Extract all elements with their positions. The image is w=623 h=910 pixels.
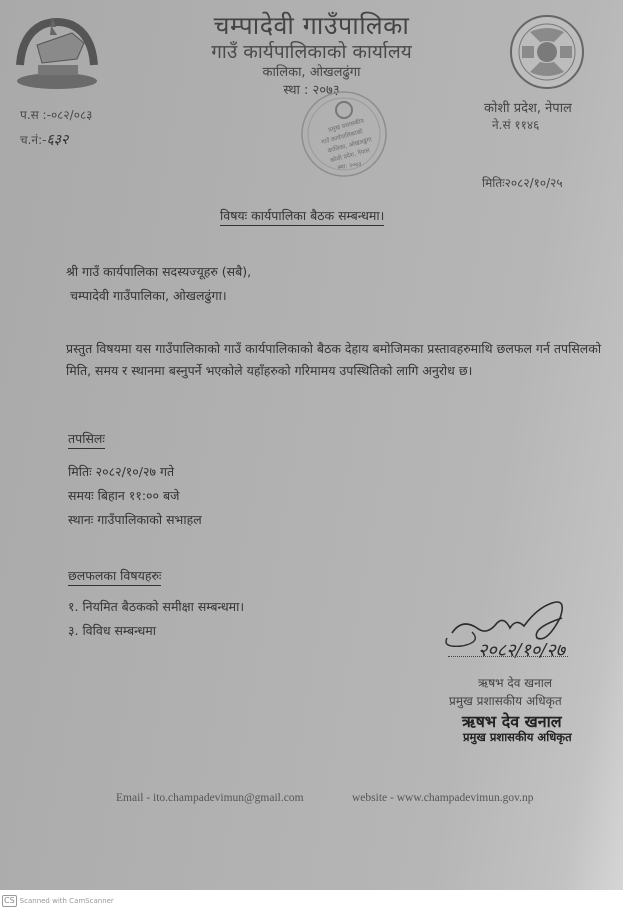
agenda-item: ३. विविध सम्बन्धमा [68, 622, 156, 639]
office-location: कालिका, ओखलढुंगा [0, 62, 623, 80]
fiscal-year: प.स :-०८२/०८३ [20, 106, 92, 123]
body-text-line-1: प्रस्तुत विषयमा यस गाउँपालिकाको गाउँ कार… [66, 340, 601, 357]
dispatch-value: ६३२ [46, 132, 68, 148]
province: कोशी प्रदेश, नेपाल [484, 98, 572, 116]
subject-line: विषयः कार्यपालिका बैठक सम्बन्धमा। [220, 207, 384, 226]
municipality-name: चम्पादेवी गाउँपालिका [0, 8, 623, 42]
office-seal-stamp-icon: प्रमुख प्रशासकीय गाउँ कार्यपालिकाको कालि… [298, 88, 390, 180]
body-text-line-2: मिति, समय र स्थानमा बस्नुपर्ने भएकोले यह… [66, 362, 472, 379]
meeting-time: समयः बिहान ११:०० बजे [68, 487, 179, 504]
footer-email: Email - ito.champadevimun@gmail.com [116, 792, 304, 804]
signatory-title: प्रमुख प्रशासकीय अधिकृत [449, 692, 562, 709]
fiscal-year-label: प.स :- [20, 108, 51, 122]
signature-line [448, 656, 568, 657]
dispatch-label: च.नं:- [20, 133, 46, 147]
details-heading: तपसिलः [68, 430, 105, 449]
scanner-text: Scanned with CamScanner [20, 897, 114, 905]
agenda-item: १. नियमित बैठकको समीक्षा सम्बन्धमा। [68, 598, 244, 615]
nepal-era: ने.सं ११४६ [492, 116, 539, 133]
fiscal-year-value: ०८२/०८३ [51, 108, 92, 122]
scanner-watermark: CS Scanned with CamScanner [2, 895, 114, 907]
addressee-line-1: श्री गाउँ कार्यपालिका सदस्यज्यूहरु (सबै)… [66, 263, 251, 280]
title-stamp: प्रमुख प्रशासकीय अधिकृत [463, 730, 572, 745]
addressee-line-2: चम्पादेवी गाउँपालिका, ओखलढुंगा। [70, 287, 227, 304]
office-name: गाउँ कार्यपालिकाको कार्यालय [0, 38, 623, 64]
name-stamp: ऋषभ देव खनाल [462, 710, 562, 732]
agenda-heading: छलफलका विषयहरुः [68, 567, 161, 586]
dispatch-number: च.नं:-६३२ [20, 130, 68, 149]
letter-page: चम्पादेवी गाउँपालिका गाउँ कार्यपालिकाको … [0, 0, 623, 890]
signatory-name: ऋषभ देव खनाल [478, 674, 552, 691]
svg-text:२०८२/१०/२७: २०८२/१०/२७ [478, 640, 567, 661]
meeting-venue: स्थानः गाउँपालिकाको सभाहल [68, 511, 202, 528]
camscanner-icon: CS [2, 895, 17, 907]
meeting-date: मितिः २०८२/१०/२७ गते [68, 463, 174, 480]
footer-website: website - www.champadevimun.gov.np [352, 792, 534, 804]
letter-date: मितिः२०८२/१०/२५ [482, 174, 563, 191]
